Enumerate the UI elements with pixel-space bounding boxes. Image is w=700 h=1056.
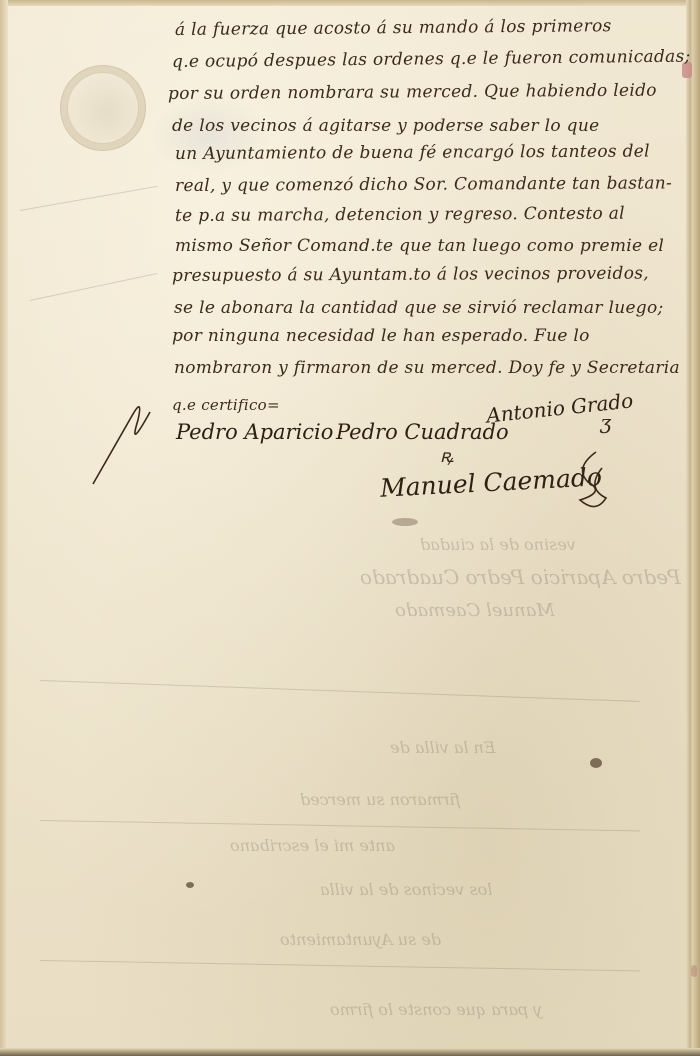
body-line-1: á la fuerza que acosto á su mando á los … (175, 16, 612, 40)
body-line-13: q.e certifico= (172, 396, 280, 414)
body-line-9: presupuesto á su Ayuntam.to á los vecino… (172, 264, 649, 286)
body-line-8: mismo Señor Comand.te que tan luego como… (175, 236, 664, 256)
body-line-2: q.e ocupó despues las ordenes q.e le fue… (172, 47, 691, 72)
bleed-through-line: ante mi el escribano (230, 836, 395, 855)
body-line-10: se le abonara la cantidad que se sirvió … (174, 298, 664, 318)
bleed-through-line: los vecinos de la villa (320, 880, 492, 899)
margin-flourish-icon (88, 392, 168, 492)
page-top-edge (0, 0, 700, 6)
bleed-through-line: Pedro Aparicio Pedro Cuadrado (360, 565, 681, 589)
manuscript-page: á la fuerza que acosto á su mando á los … (0, 0, 700, 1056)
body-line-7: te p.a su marcha, detencion y regreso. C… (175, 204, 625, 226)
rubric-flourish-icon (566, 448, 612, 518)
page-bottom-edge (0, 1048, 700, 1056)
red-wax-mark (691, 965, 697, 977)
faint-stroke (40, 960, 640, 971)
ink-blot (590, 758, 602, 768)
ink-blot (186, 882, 194, 888)
faint-stroke (40, 680, 640, 702)
bleed-through-line: y para que conste lo firmo (330, 1000, 542, 1019)
body-line-4: de los vecinos á agitarse y poderse sabe… (172, 116, 599, 136)
body-line-5: un Ayuntamiento de buena fé encargó los … (175, 142, 650, 164)
bleed-through-line: firmaron su merced (300, 790, 460, 809)
faint-stroke (40, 820, 640, 831)
bleed-through-line: Manuel Caemado (395, 600, 555, 621)
faint-stroke (20, 186, 158, 211)
bleed-through-line: En la villa de (390, 738, 496, 757)
rubric-flourish-icon: ꝶ (440, 444, 454, 468)
body-line-6: real, y que comenzó dicho Sor. Comandant… (175, 173, 672, 196)
signature-antonio-grado: Antonio Grado (485, 388, 634, 427)
ink-blot (392, 518, 418, 526)
body-line-3: por su orden nombrara su merced. Que hab… (168, 81, 657, 104)
page-left-edge (0, 0, 8, 1056)
signature-pedro-cuadrado: Pedro Cuadrado (336, 420, 509, 444)
embossed-seal (60, 65, 146, 151)
signature-pedro-aparicio: Pedro Aparicio (176, 420, 333, 444)
binding-edge (686, 0, 700, 1056)
faint-stroke (30, 273, 157, 301)
bleed-through-line: de su Ayuntamiento (280, 930, 441, 949)
bleed-through-line: vesino de la ciudad (420, 535, 576, 554)
rubric-flourish-icon: ʒ (600, 410, 611, 434)
body-line-12: nombraron y firmaron de su merced. Doy f… (174, 358, 680, 378)
body-line-11: por ninguna necesidad le han esperado. F… (172, 326, 590, 346)
